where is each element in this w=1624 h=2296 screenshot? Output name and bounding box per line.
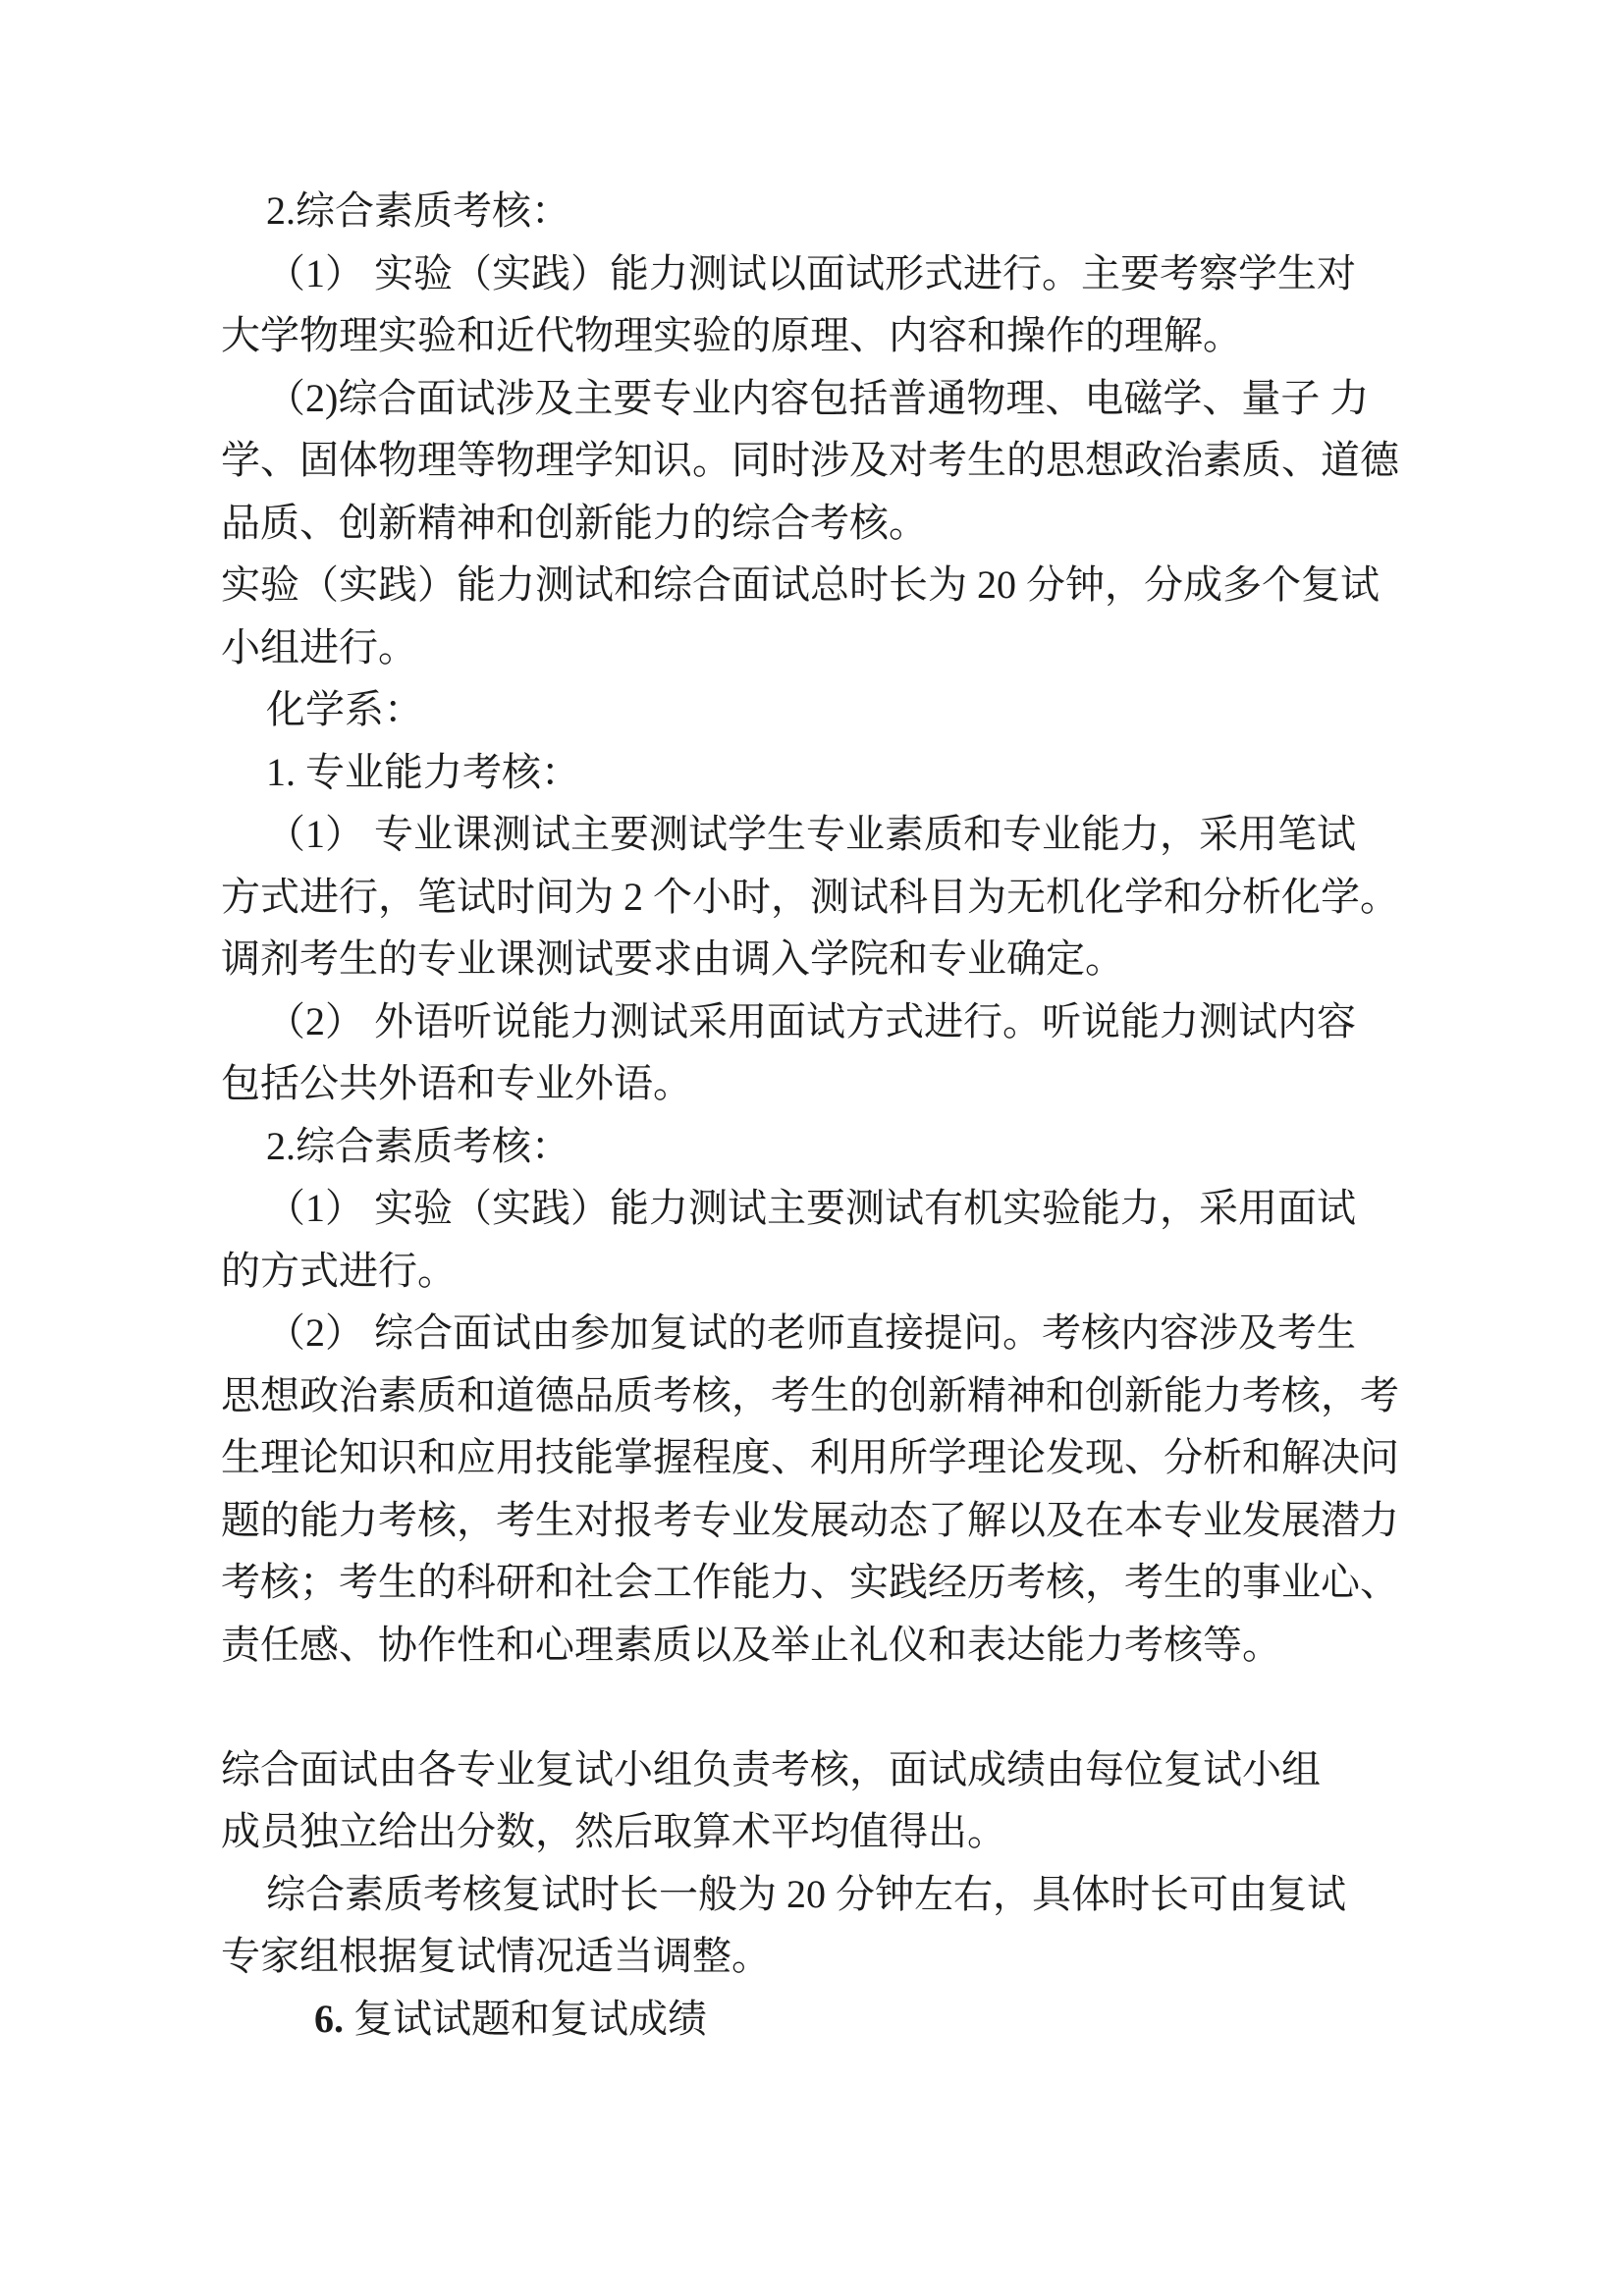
text-line: 成员独立给出分数，然后取算术平均值得出。 bbox=[221, 1800, 1458, 1863]
text-line: 学、固体物理等物理学知识。同时涉及对考生的思想政治素质、道德 bbox=[221, 429, 1458, 492]
line-text: 题的能力考核，考生对报考专业发展动态了解以及在本专业发展潜力 bbox=[221, 1498, 1399, 1542]
text-line: 专家组根据复试情况适当调整。 bbox=[221, 1925, 1458, 1988]
line-text: 综合面试由各专业复试小组负责考核，面试成绩由每位复试小组 bbox=[221, 1747, 1321, 1791]
text-line: （1） 专业课测试主要测试学生专业素质和专业能力，采用笔试 bbox=[221, 803, 1458, 866]
text-line: 2.综合素质考核： bbox=[221, 180, 1458, 242]
line-text: 大学物理实验和近代物理实验的原理、内容和操作的理解。 bbox=[221, 313, 1242, 357]
text-line: 1. 专业能力考核： bbox=[221, 741, 1458, 804]
line-text: 复试试题和复试成绩 bbox=[353, 1997, 707, 2041]
text-line: 思想政治素质和道德品质考核，考生的创新精神和创新能力考核，考 bbox=[221, 1364, 1458, 1427]
text-line: 的方式进行。 bbox=[221, 1240, 1458, 1303]
line-text: 责任感、协作性和心理素质以及举止礼仪和表达能力考核等。 bbox=[221, 1623, 1281, 1667]
text-line: （1） 实验（实践）能力测试主要测试有机实验能力，采用面试 bbox=[221, 1177, 1458, 1240]
text-line: 生理论知识和应用技能掌握程度、利用所学理论发现、分析和解决问 bbox=[221, 1426, 1458, 1489]
line-text: 成员独立给出分数，然后取算术平均值得出。 bbox=[221, 1809, 1006, 1853]
line-text: 考核；考生的科研和社会工作能力、实践经历考核，考生的事业心、 bbox=[221, 1560, 1399, 1604]
line-text: 的方式进行。 bbox=[221, 1249, 457, 1293]
line-text: 综合素质考核复试时长一般为 20 分钟左右，具体时长可由复试 bbox=[266, 1872, 1346, 1916]
line-text: 化学系： bbox=[266, 687, 423, 731]
line-text: （2)综合面试涉及主要专业内容包括普通物理、电磁学、量子 力 bbox=[266, 376, 1369, 420]
text-line: 责任感、协作性和心理素质以及举止礼仪和表达能力考核等。 bbox=[221, 1614, 1458, 1677]
line-text: 品质、创新精神和创新能力的综合考核。 bbox=[221, 501, 928, 545]
section-number: 6. bbox=[314, 1997, 353, 2041]
line-text: 1. 专业能力考核： bbox=[266, 750, 580, 794]
line-text: （1） 实验（实践）能力测试主要测试有机实验能力，采用面试 bbox=[266, 1186, 1356, 1230]
text-line: 考核；考生的科研和社会工作能力、实践经历考核，考生的事业心、 bbox=[221, 1551, 1458, 1614]
line-text: 思想政治素质和道德品质考核，考生的创新精神和创新能力考核，考 bbox=[221, 1373, 1399, 1417]
text-line: 6.复试试题和复试成绩 bbox=[221, 1988, 1458, 2051]
line-text: 方式进行，笔试时间为 2 个小时，测试科目为无机化学和分析化学。 bbox=[221, 875, 1399, 919]
text-line: 综合素质考核复试时长一般为 20 分钟左右，具体时长可由复试 bbox=[221, 1863, 1458, 1926]
line-text: 学、固体物理等物理学知识。同时涉及对考生的思想政治素质、道德 bbox=[221, 438, 1399, 482]
line-text: 小组进行。 bbox=[221, 625, 417, 669]
line-text: 生理论知识和应用技能掌握程度、利用所学理论发现、分析和解决问 bbox=[221, 1435, 1399, 1479]
text-line: 品质、创新精神和创新能力的综合考核。 bbox=[221, 492, 1458, 555]
text-line: （2） 综合面试由参加复试的老师直接提问。考核内容涉及考生 bbox=[221, 1302, 1458, 1364]
line-text: 包括公共外语和专业外语。 bbox=[221, 1061, 692, 1105]
text-line: 大学物理实验和近代物理实验的原理、内容和操作的理解。 bbox=[221, 304, 1458, 367]
line-text: 调剂考生的专业课测试要求由调入学院和专业确定。 bbox=[221, 936, 1124, 981]
blank-line bbox=[221, 1676, 1458, 1738]
document-page: 2.综合素质考核：（1） 实验（实践）能力测试以面试形式进行。主要考察学生对大学… bbox=[0, 0, 1624, 2296]
line-text: （1） 实验（实践）能力测试以面试形式进行。主要考察学生对 bbox=[266, 251, 1356, 295]
text-line: 化学系： bbox=[221, 678, 1458, 741]
text-line: （1） 实验（实践）能力测试以面试形式进行。主要考察学生对 bbox=[221, 242, 1458, 305]
text-line: 综合面试由各专业复试小组负责考核，面试成绩由每位复试小组 bbox=[221, 1738, 1458, 1801]
document-body: 2.综合素质考核：（1） 实验（实践）能力测试以面试形式进行。主要考察学生对大学… bbox=[221, 180, 1458, 2050]
text-line: 调剂考生的专业课测试要求由调入学院和专业确定。 bbox=[221, 928, 1458, 990]
line-text: 实验（实践）能力测试和综合面试总时长为 20 分钟，分成多个复试 bbox=[221, 562, 1380, 607]
line-text: 2.综合素质考核： bbox=[266, 1124, 570, 1168]
text-line: 2.综合素质考核： bbox=[221, 1115, 1458, 1178]
line-text: 2.综合素质考核： bbox=[266, 188, 570, 233]
line-text: （2） 综合面试由参加复试的老师直接提问。考核内容涉及考生 bbox=[266, 1310, 1356, 1355]
text-line: 实验（实践）能力测试和综合面试总时长为 20 分钟，分成多个复试 bbox=[221, 554, 1458, 616]
line-text: （2） 外语听说能力测试采用面试方式进行。听说能力测试内容 bbox=[266, 999, 1356, 1043]
line-text: 专家组根据复试情况适当调整。 bbox=[221, 1934, 771, 1978]
text-line: （2） 外语听说能力测试采用面试方式进行。听说能力测试内容 bbox=[221, 990, 1458, 1053]
line-text: （1） 专业课测试主要测试学生专业素质和专业能力，采用笔试 bbox=[266, 812, 1356, 856]
text-line: 题的能力考核，考生对报考专业发展动态了解以及在本专业发展潜力 bbox=[221, 1489, 1458, 1552]
text-line: 方式进行，笔试时间为 2 个小时，测试科目为无机化学和分析化学。 bbox=[221, 866, 1458, 929]
text-line: （2)综合面试涉及主要专业内容包括普通物理、电磁学、量子 力 bbox=[221, 367, 1458, 430]
text-line: 包括公共外语和专业外语。 bbox=[221, 1052, 1458, 1115]
text-line: 小组进行。 bbox=[221, 616, 1458, 679]
